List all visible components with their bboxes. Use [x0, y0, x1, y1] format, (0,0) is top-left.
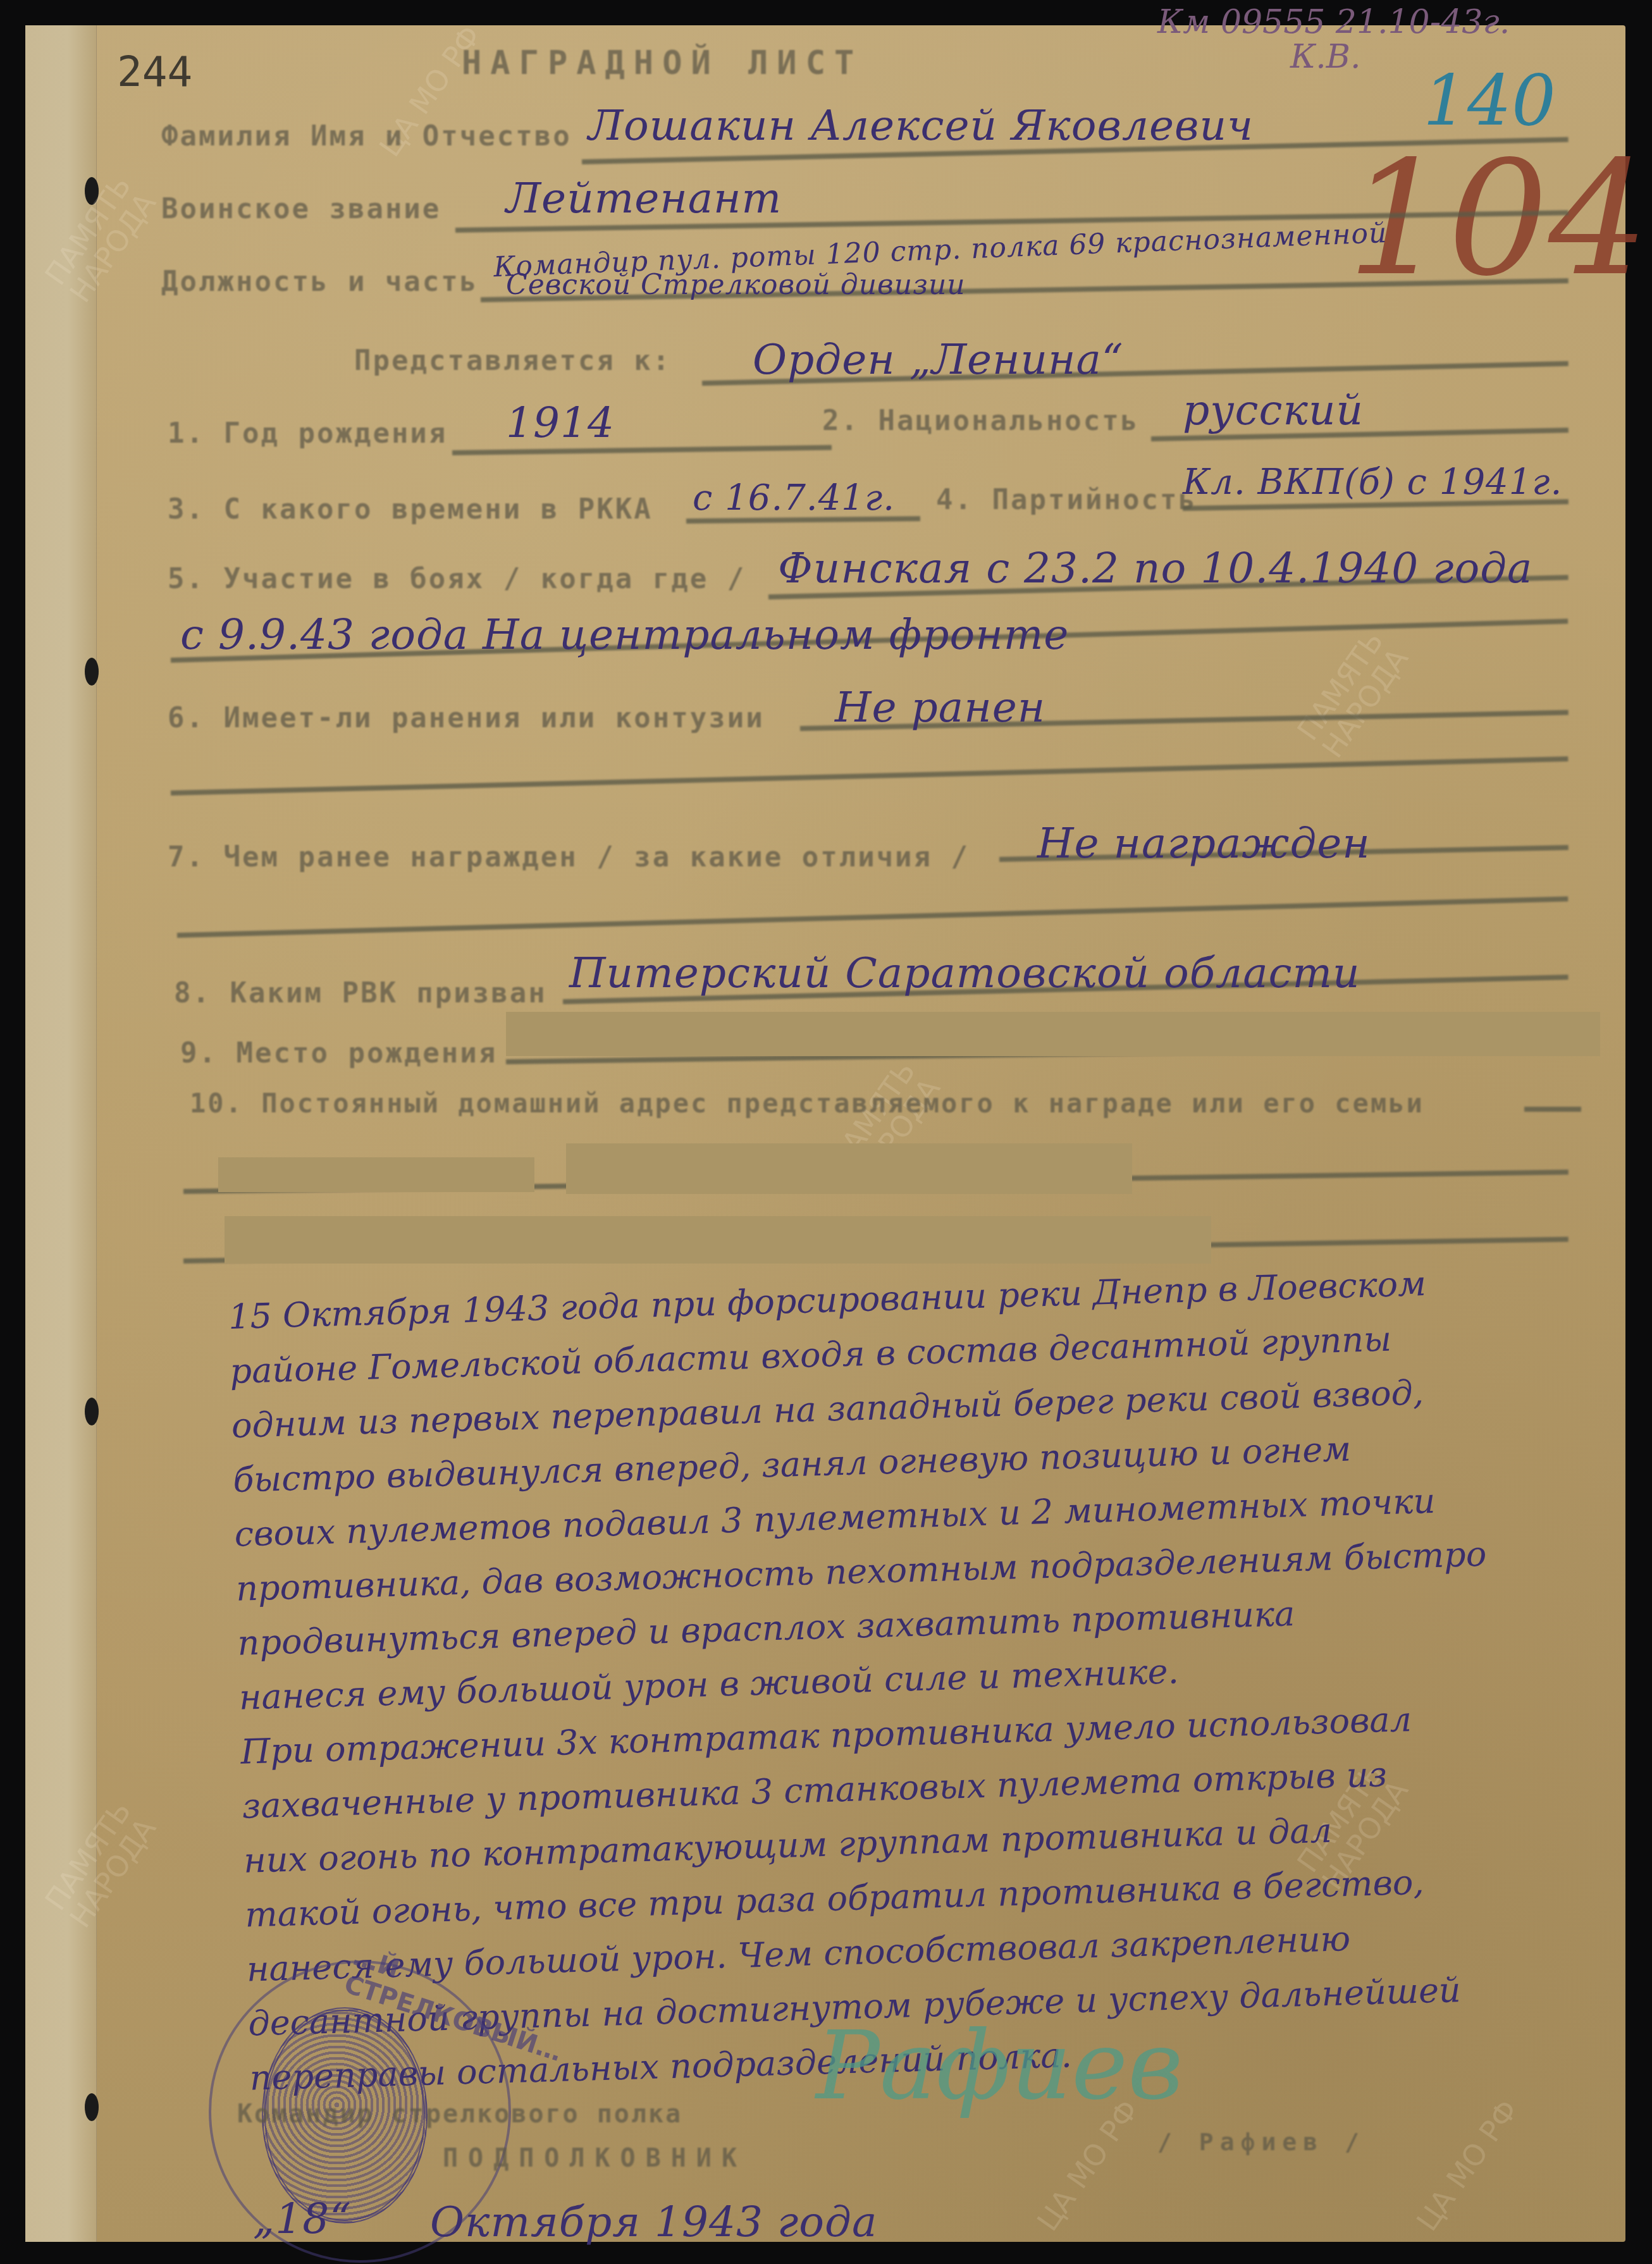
- redacted-address: [566, 1143, 1132, 1194]
- label-position: Должность и часть: [161, 266, 478, 298]
- binding-hole: [85, 1398, 99, 1425]
- value-wounds: Не ранен: [835, 683, 1045, 732]
- value-position-line2: Севской Стрелковой дивизии: [506, 269, 966, 301]
- commander-rank: ПОДПОЛКОВНИК: [443, 2144, 747, 2173]
- archive-note-line2: К.В.: [1290, 38, 1361, 76]
- value-party: Кл. ВКП(б) с 1941г.: [1183, 462, 1562, 503]
- label-nationality: 2. Национальность: [822, 405, 1139, 437]
- label-in-red-army-since: 3. С какого времени в РККА: [168, 493, 653, 526]
- archive-note-line1: Км 09555 21.10-43г.: [1157, 3, 1510, 41]
- redacted-address: [218, 1157, 534, 1192]
- value-nominated-for: Орден „Ленина“: [753, 335, 1124, 384]
- value-prior-awards: Не награжден: [1037, 819, 1371, 868]
- label-combat: 5. Участие в боях / когда где /: [168, 563, 746, 595]
- label-rank: Воинское звание: [161, 193, 441, 225]
- value-combat-line2: с 9.9.43 года На центральном фронте: [180, 610, 1069, 659]
- value-birth-year: 1914: [506, 398, 615, 447]
- value-in-red-army-since: с 16.7.41г.: [693, 477, 895, 519]
- date-day: „18“: [253, 2194, 352, 2243]
- signature-name-printed: / Рафиев /: [1157, 2128, 1365, 2156]
- label-birthplace: 9. Место рождения: [180, 1037, 497, 1069]
- value-drafted-by: Питерский Саратовской области: [569, 949, 1360, 997]
- label-drafted-by: 8. Каким РВК призван: [174, 977, 547, 1009]
- label-party: 4. Партийность: [936, 484, 1197, 516]
- document-title: НАГРАДНОЙ ЛИСТ: [462, 44, 863, 82]
- value-rank: Лейтенант: [506, 174, 782, 223]
- commander-signature: Рафиев: [816, 2011, 1183, 2121]
- date-month-year: Октября 1943 года: [430, 2198, 877, 2246]
- label-wounds: 6. Имеет-ли ранения или контузии: [168, 702, 765, 734]
- binding-hole: [85, 2093, 99, 2121]
- field-rule: [1524, 1107, 1581, 1112]
- label-nominated-for: Представляется к:: [354, 345, 671, 377]
- binding-hole: [85, 658, 99, 686]
- label-name: Фамилия Имя и Отчество: [161, 120, 572, 152]
- value-nationality: русский: [1183, 386, 1364, 434]
- redacted-address: [225, 1216, 1211, 1264]
- label-birth-year: 1. Год рождения: [168, 417, 447, 450]
- value-name: Лошакин Алексей Яковлевич: [588, 101, 1254, 150]
- redacted-birthplace: [506, 1012, 1600, 1056]
- label-home-address: 10. Постоянный домашний адрес представля…: [190, 1088, 1424, 1119]
- value-combat-line1: Финская с 23.2 по 10.4.1940 года: [778, 544, 1532, 593]
- commander-label: Командир стрелкового полка: [237, 2100, 682, 2129]
- label-prior-awards: 7. Чем ранее награжден / за какие отличи…: [168, 841, 970, 873]
- page-number: 244: [117, 47, 192, 96]
